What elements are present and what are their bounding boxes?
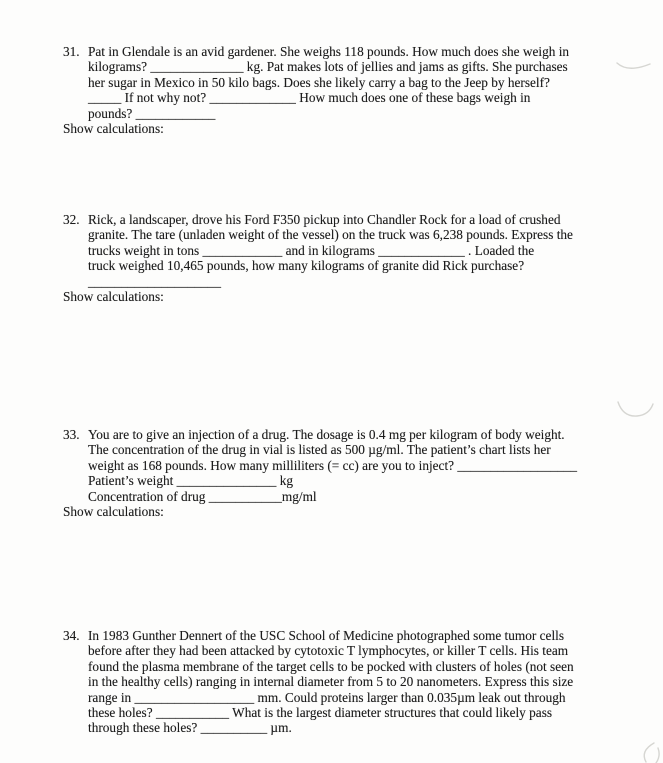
show-calculations-label: Show calculations: bbox=[63, 504, 603, 519]
question-line: Pat in Glendale is an avid gardener. She… bbox=[88, 44, 603, 59]
worksheet-page: 31. Pat in Glendale is an avid gardener.… bbox=[0, 0, 663, 763]
question-line: range in __________________ mm. Could pr… bbox=[88, 690, 603, 705]
question-31-number: 31. bbox=[63, 44, 80, 59]
question-33-number: 33. bbox=[63, 427, 80, 442]
question-line: through these holes? __________ µm. bbox=[88, 720, 603, 735]
question-line: Concentration of drug ___________mg/ml bbox=[88, 489, 603, 504]
question-31: 31. Pat in Glendale is an avid gardener.… bbox=[63, 44, 603, 136]
show-calculations-label: Show calculations: bbox=[63, 289, 603, 304]
show-calculations-label: Show calculations: bbox=[63, 121, 603, 136]
page-curl-mark-bottom-2 bbox=[656, 748, 659, 763]
question-line: truck weighed 10,465 pounds, how many ki… bbox=[88, 258, 603, 273]
question-line: In 1983 Gunther Dennert of the USC Schoo… bbox=[88, 628, 603, 643]
question-line: Rick, a landscaper, drove his Ford F350 … bbox=[88, 212, 603, 227]
question-34-number: 34. bbox=[63, 628, 80, 643]
question-line: these holes? ___________ What is the lar… bbox=[88, 705, 603, 720]
question-33: 33. You are to give an injection of a dr… bbox=[63, 427, 603, 519]
question-line: before after they had been attacked by c… bbox=[88, 643, 603, 658]
question-line: in the healthy cells) ranging in interna… bbox=[88, 674, 603, 689]
question-line: kilograms? ______________ kg. Pat makes … bbox=[88, 59, 603, 74]
question-line: You are to give an injection of a drug. … bbox=[88, 427, 603, 442]
question-line: granite. The tare (unladen weight of the… bbox=[88, 227, 603, 242]
answer-blank-line: ____________________ bbox=[88, 274, 603, 289]
question-line: _____ If not why not? _____________ How … bbox=[88, 90, 603, 105]
question-line: The concentration of the drug in vial is… bbox=[88, 442, 603, 457]
question-32: 32. Rick, a landscaper, drove his Ford F… bbox=[63, 212, 603, 304]
page-curl-mark-middle bbox=[618, 402, 653, 416]
question-line: weight as 168 pounds. How many millilite… bbox=[88, 458, 603, 473]
question-line: her sugar in Mexico in 50 kilo bags. Doe… bbox=[88, 75, 603, 90]
question-32-number: 32. bbox=[63, 212, 80, 227]
question-line: found the plasma membrane of the target … bbox=[88, 659, 603, 674]
question-line: trucks weight in tons ____________ and i… bbox=[88, 243, 603, 258]
question-line: pounds? ____________ bbox=[88, 106, 603, 121]
question-34: 34. In 1983 Gunther Dennert of the USC S… bbox=[63, 628, 603, 736]
page-curl-mark-bottom bbox=[644, 743, 654, 762]
page-curl-mark-top bbox=[617, 63, 650, 68]
question-line: Patient’s weight _______________ kg bbox=[88, 473, 603, 488]
